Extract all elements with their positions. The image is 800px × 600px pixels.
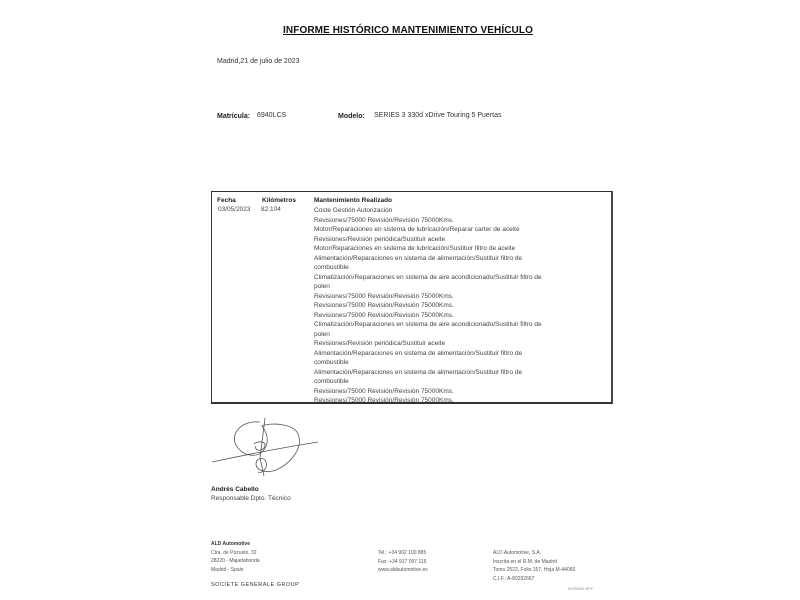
footer-phone: Tel.: +34 902 100 885 — [378, 549, 428, 558]
signature-image — [210, 418, 320, 486]
maintenance-description-list: Coste Gestión AutorizaciónRevisiones/750… — [314, 206, 564, 406]
maintenance-line: Alimentación/Reparaciones en sistema de … — [314, 368, 564, 378]
maintenance-line: combustible — [314, 358, 564, 368]
maintenance-line: Revisiones/75000 Revisión/Revisión 75000… — [314, 311, 564, 321]
footer-legal: ALD Automotive, S.A. Inscrita en el R.M.… — [493, 549, 575, 583]
document-title: INFORME HISTÓRICO MANTENIMIENTO VEHÍCULO — [0, 25, 800, 36]
footer-legal-line: C.I.F.: A-80292667 — [493, 575, 575, 584]
signer-role: Responsable Dpto. Técnico — [211, 495, 291, 502]
signer-name: Andrés Cabello — [211, 486, 259, 493]
row-date: 03/05/2023 — [218, 206, 251, 213]
footer-address: ALD Automotive Ctra. de Pozuelo, 32 2822… — [211, 540, 260, 574]
footer-address-line: 28220 - Majadahonda — [211, 557, 260, 566]
maintenance-line: Alimentación/Reparaciones en sistema de … — [314, 254, 564, 264]
plate-value: 6940LCS — [257, 112, 286, 119]
footer-legal-line: Inscrita en el R.M. de Madrid — [493, 558, 575, 567]
row-km: 82.104 — [261, 206, 281, 213]
document-date: Madrid,21 de julio de 2023 — [217, 58, 300, 65]
maintenance-line: Climatización/Reparaciones en sistema de… — [314, 320, 564, 330]
footer-legal-line: Tomo 2522, Folio 157, Hoja M-44060 — [493, 566, 575, 575]
maintenance-line: Revisiones/75000 Revisión/Revisión 75000… — [314, 387, 564, 397]
footer-address-line: Ctra. de Pozuelo, 32 — [211, 549, 260, 558]
maintenance-line: Revisiones/75000 Revisión/Revisión 75000… — [314, 292, 564, 302]
footer-legal-line: ALD Automotive, S.A. — [493, 549, 575, 558]
model-label: Modelo: — [338, 113, 365, 120]
header-work: Mantenimiento Realizado — [314, 197, 392, 204]
maintenance-line: combustible — [314, 263, 564, 273]
maintenance-line: Alimentación/Reparaciones en sistema de … — [314, 349, 564, 359]
footer-address-line: Madrid - Spain — [211, 566, 260, 575]
maintenance-line: Motor/Reparaciones en sistema de lubrica… — [314, 225, 564, 235]
header-date: Fecha — [217, 197, 236, 204]
maintenance-line: Revisiones/Revisión periódica/Sustituir … — [314, 235, 564, 245]
footer-group-name: SOCIETE GENERALE GROUP — [211, 582, 299, 588]
footer-contact: Tel.: +34 902 100 885 Fax: +34 917 097 1… — [378, 549, 428, 575]
footer-fax: Fax: +34 917 097 116 — [378, 558, 428, 567]
footer-company: ALD Automotive — [211, 540, 260, 549]
plate-label: Matrícula: — [217, 113, 250, 120]
maintenance-line: Revisiones/75000 Revisión/Revisión 75000… — [314, 216, 564, 226]
maintenance-line: Climatización/Reparaciones en sistema de… — [314, 273, 564, 283]
footer-web-link[interactable]: www.aldautomotive.es — [378, 566, 428, 575]
model-value: SERIES 3 330d xDrive Touring 5 Puertas — [374, 112, 502, 119]
maintenance-table: Fecha Kilómetros Mantenimiento Realizado… — [211, 191, 613, 404]
maintenance-line: Revisiones/Revisión periódica/Sustituir … — [314, 339, 564, 349]
maintenance-line: polen — [314, 282, 564, 292]
maintenance-line: combustible — [314, 377, 564, 387]
maintenance-line: Coste Gestión Autorización — [314, 206, 564, 216]
header-km: Kilómetros — [262, 197, 296, 204]
maintenance-line: polen — [314, 330, 564, 340]
maintenance-line: Revisiones/75000 Revisión/Revisión 75000… — [314, 396, 564, 406]
footer-doc-code: 007N002 RFF — [568, 586, 593, 591]
maintenance-line: Revisiones/75000 Revisión/Revisión 75000… — [314, 301, 564, 311]
maintenance-line: Motor/Reparaciones en sistema de lubrica… — [314, 244, 564, 254]
